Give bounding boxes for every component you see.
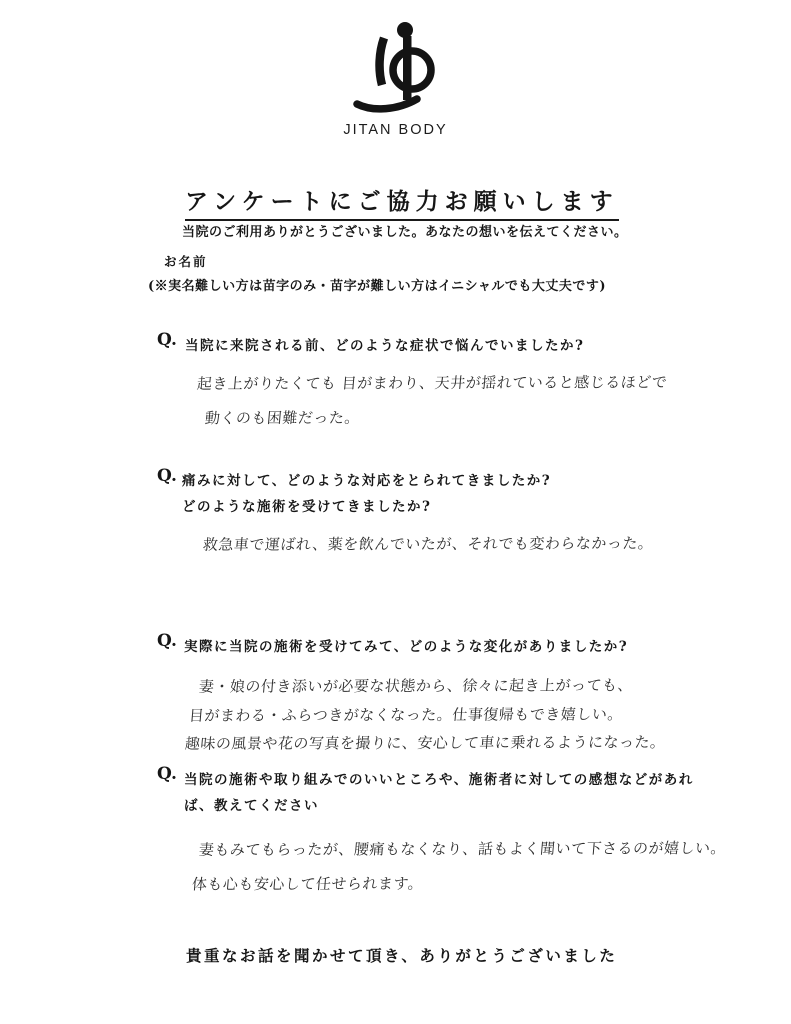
brand-name: JITAN BODY	[0, 122, 791, 138]
name-field-note: (※実名難しい方は苗字のみ・苗字が難しい方はイニシャルでも大丈夫です)	[148, 275, 606, 294]
question-2-marker: Q.	[157, 466, 177, 486]
question-1-text: 当院に来院される前、どのような症状で悩んでいましたか?	[185, 334, 584, 354]
answer-3-line-3: 趣味の風景や花の写真を撮りに、安心して車に乗れるようになった。	[184, 731, 666, 754]
answer-4-line-2: 体も心も安心して任せられます。	[191, 873, 424, 895]
question-2-text-line-2: どのような施術を受けてきましたか?	[182, 495, 431, 515]
question-4-marker: Q.	[157, 764, 177, 784]
answer-1-line-1: 起き上がりたくても 目がまわり、天井が揺れていると感じるほどで	[196, 371, 668, 394]
page-subtitle: 当院のご利用ありがとうございました。あなたの想いを伝えてください。	[182, 221, 628, 240]
question-4-text-line-2: ば、教えてください	[184, 794, 319, 814]
page-title: アンケートにご協力お願いします	[185, 183, 619, 221]
closing-thanks-text: 貴重なお話を聞かせて頂き、ありがとうございました	[186, 944, 617, 966]
question-1-marker: Q.	[157, 330, 177, 350]
answer-1-line-2: 動くのも困難だった。	[204, 407, 361, 429]
survey-scan-page: JITAN BODY アンケートにご協力お願いします 当院のご利用ありがとうござ…	[0, 0, 791, 1024]
question-2-text-line-1: 痛みに対して、どのような対応をとられてきましたか?	[182, 469, 551, 489]
jitan-body-logo-icon	[353, 22, 441, 114]
answer-4-line-1: 妻もみてもらったが、腰痛もなくなり、話もよく聞いて下さるのが嬉しい。	[198, 837, 727, 860]
question-4-text-line-1: 当院の施術や取り組みでのいいところや、施術者に対しての感想などがあれ	[184, 768, 694, 788]
answer-2-line-1: 救急車で運ばれ、薬を飲んでいたが、それでも変わらなかった。	[202, 532, 654, 555]
answer-3-line-1: 妻・娘の付き添いが必要な状態から、徐々に起き上がっても、	[198, 674, 634, 697]
answer-3-line-2: 目がまわる・ふらつきがなくなった。仕事復帰もでき嬉しい。	[188, 703, 624, 726]
question-3-text: 実際に当院の施術を受けてみて、どのような変化がありましたか?	[184, 635, 628, 655]
question-3-marker: Q.	[157, 631, 177, 651]
name-field-label: お名前	[164, 252, 208, 270]
